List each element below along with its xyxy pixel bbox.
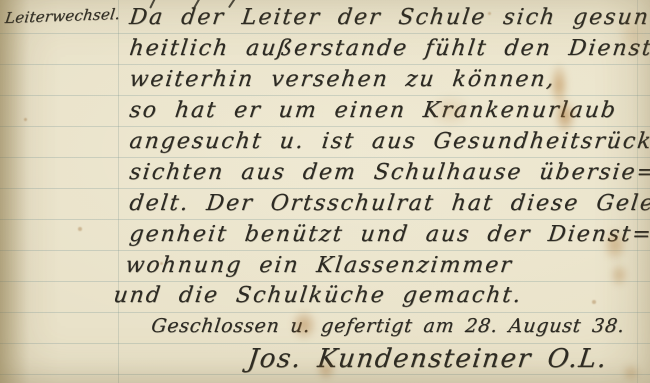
manuscript-line: angesucht u. ist aus Gesundheitsrück= [128,129,650,154]
manuscript-line: genheit benützt und aus der Dienst= [128,222,650,247]
closing-line: Geschlossen u. gefertigt am 28. August 3… [150,315,626,337]
foxing-speck [592,300,596,304]
manuscript-line: delt. Der Ortsschulrat hat diese Gele= [128,191,650,216]
margin-rule-left [118,0,119,383]
manuscript-line: heitlich außerstande fühlt den Dienst [128,36,650,61]
manuscript-line: weiterhin versehen zu können, [128,67,557,92]
manuscript-page: Leiterwechsel. Da der Leiter der Schule … [0,0,650,383]
manuscript-line: sichten aus dem Schulhause übersie= [128,160,650,185]
manuscript-line: und die Schulküche gemacht. [112,283,524,308]
foxing-speck [488,12,491,15]
manuscript-line: Da der Leiter der Schule sich gesund= [128,5,650,30]
manuscript-line: wohnung ein Klassenzimmer [124,253,514,278]
foxing-speck [24,118,27,121]
foxing-speck [160,262,163,265]
page-edge-shadow [0,0,30,383]
manuscript-line: so hat er um einen Krankenurlaub [128,98,619,123]
signature-line: Jos. Kundensteiner O.L. [246,344,609,374]
foxing-speck [78,227,82,231]
